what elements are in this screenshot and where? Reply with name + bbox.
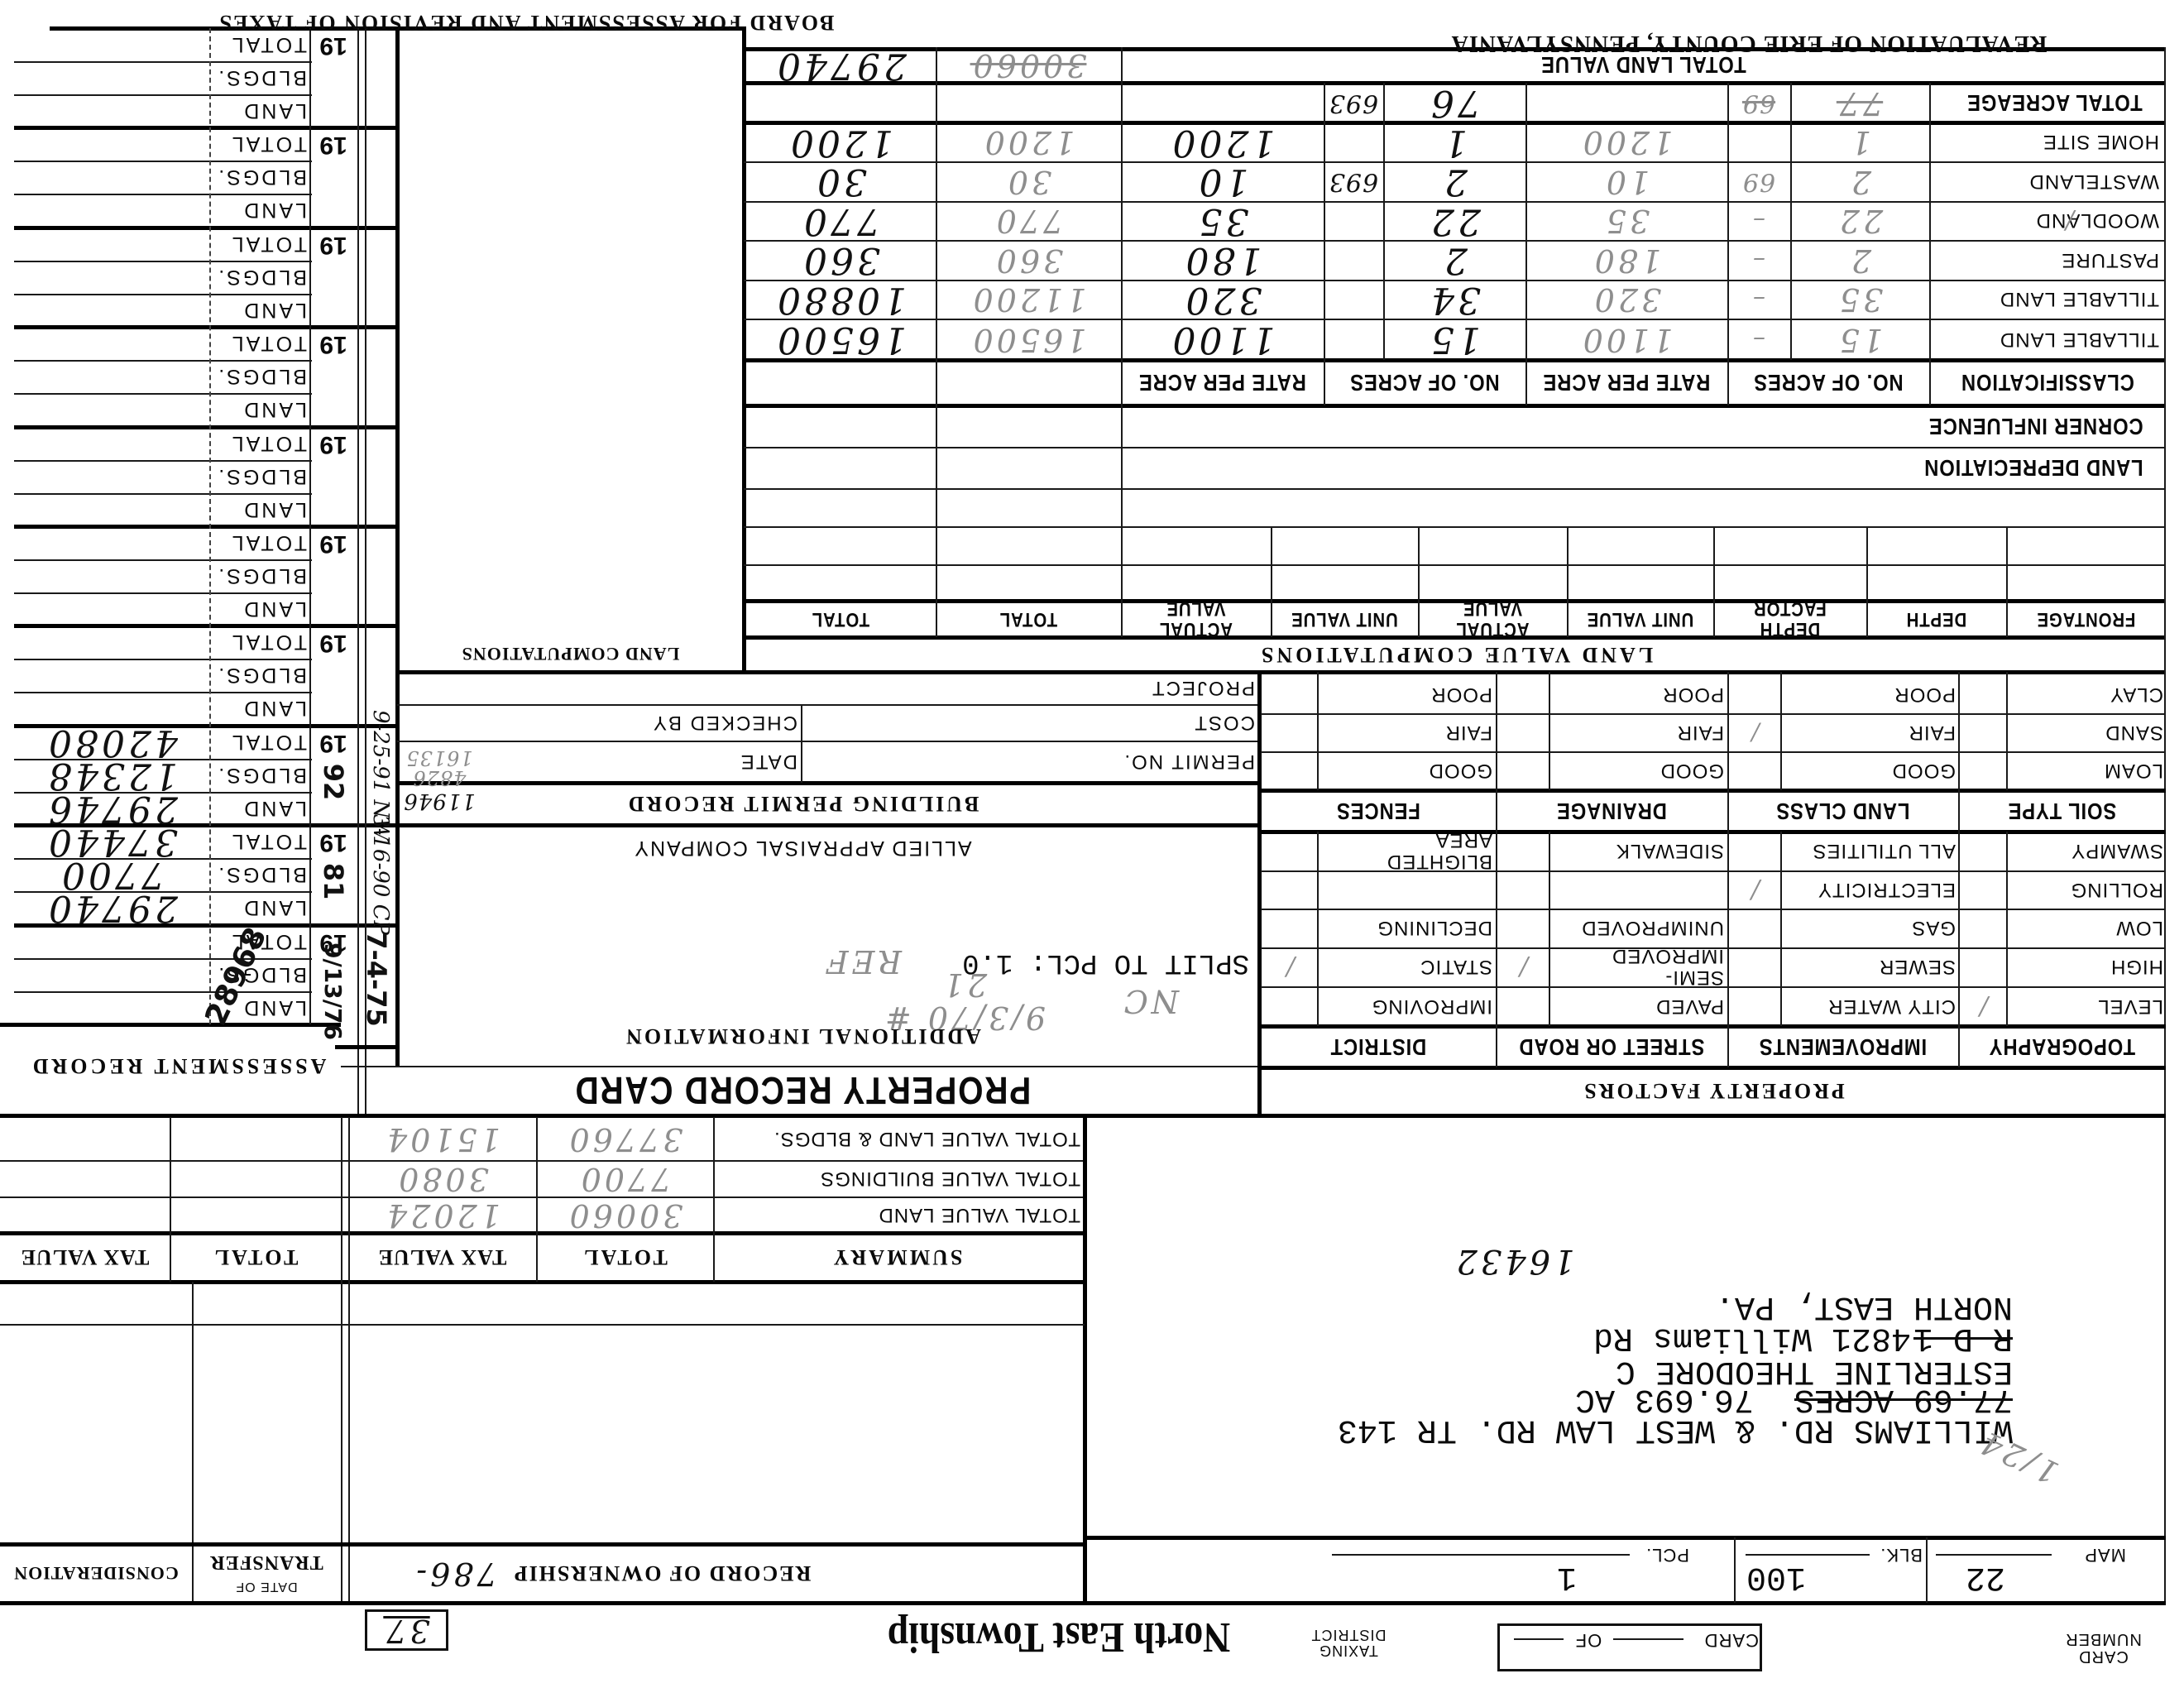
assessment-total-label: TOTAL (209, 28, 307, 61)
revision-date-note: 9-25-91 NW (366, 722, 395, 829)
prior-acres-fraction: – (1727, 201, 1790, 240)
assessment-bldgs-value: 12348 (14, 759, 209, 792)
ownership-note: 786- (414, 1544, 496, 1603)
land-value-computations-title: LAND VALUE COMPUTATIONS (745, 637, 2166, 672)
assessment-bldgs-label: BLDGS. (209, 161, 307, 194)
street-sidewalk: SIDEWALK (1550, 832, 1724, 870)
land-class-poor: POOR (1782, 676, 1956, 713)
handwritten-initials: NC (1100, 981, 1200, 1019)
fences-poor: POOR (1319, 676, 1492, 713)
improvement-gas: GAS (1782, 909, 1956, 947)
total-land-value-prior: 30060 (936, 47, 1121, 83)
prior-total: 1200 (936, 122, 1121, 161)
total: 770 (745, 201, 936, 240)
street-unimproved: UNIMPROVED (1550, 909, 1724, 947)
check-mark-fair: / (1727, 713, 1780, 751)
assessment-record-title: ASSESSMENT RECORD (17, 1049, 339, 1082)
card-number-label: CARD NUMBER (2052, 1623, 2155, 1671)
card-title: PROPERTY RECORD CARD (543, 1069, 1063, 1112)
street-semi-improved: SEMI- IMPROVED (1550, 947, 1724, 986)
prior-total: 11200 (936, 280, 1121, 319)
summary-header-tax-value: TAX VALUE (0, 1233, 170, 1282)
assessment-land-label: LAND (209, 94, 307, 127)
permit-number-note: 4826 (402, 766, 477, 788)
prior-acres: 77 (1790, 83, 1929, 122)
prior-rate: 1200 (1525, 122, 1727, 161)
lvc-header-actual-value: ACTUAL VALUE (1133, 601, 1260, 637)
summary-title: SUMMARY (713, 1233, 1080, 1282)
prior-rate: 180 (1525, 240, 1727, 280)
assessment-land-label: LAND (209, 592, 307, 626)
total-land-value: 29740 (745, 47, 936, 83)
lvc-header-unit-value: UNIT VALUE (1578, 601, 1702, 637)
divider (1713, 526, 1715, 637)
prior-acres-fraction: – (1727, 319, 1790, 360)
divider (0, 1324, 1085, 1326)
divider (309, 28, 311, 1024)
prior-rate: 10 (1525, 161, 1727, 201)
total: 10880 (745, 280, 936, 319)
lvc-header-depth: DEPTH (1877, 601, 1996, 637)
classification-label: HOME SITE (1936, 122, 2159, 161)
summary-label-land: TOTAL VALUE LAND (716, 1196, 1080, 1233)
prior-total: 360 (936, 240, 1121, 280)
total: 1200 (745, 122, 936, 161)
year-stamp: 92 (317, 753, 350, 811)
building-permit-title: BUILDING PERMIT RECORD (463, 783, 1142, 825)
land-computations-title: LAND COMPUTATIONS (397, 637, 744, 670)
cost-label: COST (804, 704, 1255, 741)
street-blank (1550, 870, 1724, 909)
divider (395, 26, 400, 1067)
year-stamp: 81 (317, 852, 350, 910)
drainage-fair: FAIR (1550, 713, 1724, 751)
district-blighted-area: BLIGHTED AREA (1319, 832, 1492, 870)
revision-date-note: 7-4-75 (362, 929, 391, 1029)
total: 16500 (745, 319, 936, 360)
assessment-total-label: TOTAL (209, 726, 307, 759)
checked-by-label: CHECKED BY (397, 704, 797, 741)
summary-tax-buildings: 3080 (348, 1160, 536, 1196)
divider (1085, 1536, 2166, 1540)
divider (335, 1045, 397, 1049)
assessment-land-label: LAND (209, 493, 307, 526)
total: 360 (745, 240, 936, 280)
summary-tax-land: 12024 (348, 1196, 536, 1233)
assessment-bldgs-label: BLDGS. (209, 559, 307, 592)
appraisal-company: ALLIED APPRAISAL COMPANY (463, 832, 1142, 865)
summary-label-land-bldgs: TOTAL VALUE LAND & BLDGS. (716, 1117, 1080, 1160)
assessment-bldgs-label: BLDGS. (209, 659, 307, 692)
property-record-card: BOARD FOR ASSESSMENT AND REVISION OF TAX… (0, 0, 2184, 1688)
prior-total: 770 (936, 201, 1121, 240)
land-class-good: GOOD (1782, 751, 1956, 790)
divider (1271, 526, 1272, 637)
header-street-or-road: STREET OR ROAD (1513, 1026, 1710, 1067)
soil-type-clay: CLAY (2008, 676, 2163, 713)
drainage-good: GOOD (1550, 751, 1724, 790)
assessment-land-value: 29746 (14, 792, 209, 825)
year-prefix: 19 (313, 129, 354, 161)
permit-number-note: 11946 (402, 788, 477, 813)
prior-acres: 1 (1790, 122, 1929, 161)
acres-fraction: 693 (1324, 83, 1383, 122)
blk-value: 100 (1735, 1556, 1818, 1597)
assessment-total-label: TOTAL (209, 228, 307, 261)
header-district: DISTRICT (1278, 1026, 1478, 1067)
prior-acres: 2 (1790, 240, 1929, 280)
project-label: PROJECT (804, 672, 1255, 704)
header-soil-type: SOIL TYPE (1974, 790, 2150, 832)
date-of-label: DATE OF (192, 1575, 341, 1597)
map-value: 22 (1936, 1556, 2035, 1597)
of-write-line (1514, 1638, 1564, 1640)
divider (2006, 526, 2008, 637)
lvc-header-frontage: FRONTAGE (2018, 601, 2153, 637)
of-label: OF (1568, 1625, 1609, 1655)
assessment-land-label: LAND (209, 792, 307, 825)
acres: 2 (1383, 161, 1525, 201)
prior-rate: 35 (1525, 201, 1727, 240)
divider (1083, 1115, 1087, 1604)
check-mark-electricity: / (1727, 870, 1780, 909)
card-label: CARD (1688, 1625, 1759, 1655)
topography-high: HIGH (2008, 947, 2163, 986)
acres: 1 (1383, 122, 1525, 161)
header-prior-acres: NO. OF ACRES (1742, 360, 1913, 405)
assessment-bldgs-label: BLDGS. (209, 460, 307, 493)
year-prefix: 19 (313, 30, 354, 61)
prior-rate: 1100 (1525, 319, 1727, 360)
district-improving: IMPROVING (1319, 986, 1492, 1026)
district-declining: DECLINING (1319, 909, 1492, 947)
divider (744, 526, 2166, 528)
header-rate: RATE PER ACRE (1136, 360, 1308, 405)
transfer-label: TRANSFER (192, 1547, 341, 1575)
year-stamp: 9/13/76 (318, 942, 348, 1041)
assessment-land-value: 29740 (14, 891, 209, 924)
assessment-bldgs-label: BLDGS. (209, 360, 307, 393)
divider (1324, 83, 1325, 405)
acres: 76 (1383, 83, 1525, 122)
township-name: North East Township (884, 1612, 1233, 1662)
prior-total: 30 (936, 161, 1121, 201)
divider (1567, 526, 1569, 637)
divider (1085, 1601, 2166, 1605)
header-topography: TOPOGRAPHY (1974, 1026, 2150, 1067)
taxing-district-label: TAXING DISTRICT (1291, 1623, 1406, 1662)
divider (1866, 526, 1868, 637)
assessment-land-label: LAND (209, 692, 307, 725)
divider (2164, 47, 2166, 1603)
property-location: WILLIAMS RD. & WEST LAW RD. TR 143 (1109, 1412, 2013, 1446)
assessment-bldgs-label: BLDGS. (209, 61, 307, 94)
assessment-total-label: TOTAL (209, 825, 307, 858)
rate: 10 (1121, 161, 1324, 201)
year-prefix: 19 (313, 528, 354, 559)
rate: 1100 (1121, 319, 1324, 360)
prior-acres-fraction: 69 (1727, 83, 1790, 122)
permit-no-label: PERMIT NO. (804, 741, 1255, 783)
soil-type-loam: LOAM (2008, 751, 2163, 790)
prior-total: 16500 (936, 319, 1121, 360)
consideration-label: CONSIDERATION (0, 1544, 192, 1603)
assessment-total-value: 37440 (14, 825, 209, 858)
summary-total-land: 30060 (536, 1196, 713, 1233)
assessment-total-label: TOTAL (209, 526, 307, 559)
card-write-line (1613, 1638, 1683, 1640)
divider (341, 1066, 1261, 1067)
header-improvements: IMPROVEMENTS (1745, 1026, 1941, 1067)
fences-fair: FAIR (1319, 713, 1492, 751)
lvc-header-unit-value: UNIT VALUE (1281, 601, 1406, 637)
header-drainage: DRAINAGE (1513, 790, 1710, 832)
header-acres: NO. OF ACRES (1339, 360, 1510, 405)
land-depreciation-label: LAND DEPRECIATION (1914, 447, 2143, 488)
lvc-header-total: TOTAL (759, 601, 922, 637)
year-prefix: 19 (313, 328, 354, 360)
divider (1257, 672, 1262, 1117)
summary-header-total: TOTAL (536, 1233, 713, 1282)
handwritten-number: 16432 (1439, 1240, 1588, 1283)
acres: 2 (1383, 240, 1525, 280)
topography-swampy: SWAMPY (2008, 832, 2163, 870)
summary-total-land-bldgs: 37760 (536, 1117, 713, 1160)
topography-level: LEVEL (2008, 986, 2163, 1026)
classification-label: TILLABLE LAND (1936, 319, 2159, 360)
handwritten-date: 9/3/70 # 21 (852, 981, 1075, 1019)
check-mark-level: / (1958, 986, 2006, 1026)
prior-acres-fraction: – (1727, 240, 1790, 280)
header-land-class: LAND CLASS (1745, 790, 1941, 832)
prior-acres: 22 (1790, 201, 1929, 240)
summary-total-buildings: 7700 (536, 1160, 713, 1196)
permit-number-note: 16135 (402, 746, 477, 768)
classification-label: TILLABLE LAND (1936, 280, 2159, 319)
assessment-total-label: TOTAL (209, 427, 307, 460)
prior-acres: 15 (1790, 319, 1929, 360)
prior-acres: 2 (1790, 161, 1929, 201)
header-prior-rate: RATE PER ACRE (1540, 360, 1712, 405)
prior-rate: 320 (1525, 280, 1727, 319)
assessment-total-label: TOTAL (209, 127, 307, 161)
assessment-bldgs-label: BLDGS. (209, 858, 307, 891)
additional-info-title: ADDITIONAL INFORMATION (463, 1019, 1142, 1053)
divider (1929, 83, 1931, 405)
assessment-bldgs-label: BLDGS. (209, 759, 307, 792)
topography-rolling: ROLLING (2008, 870, 2163, 909)
prior-acres-fraction: – (1727, 280, 1790, 319)
rate: 1200 (1121, 122, 1324, 161)
assessment-total-value: 42080 (14, 726, 209, 759)
assessment-bldgs-label: BLDGS. (209, 261, 307, 294)
summary-header-tax-value: TAX VALUE (348, 1233, 536, 1282)
classification-label: WASTELAND (1936, 161, 2159, 201)
improvement-electricity: ELECTRICITY (1782, 870, 1956, 909)
pcl-value: 1 (1546, 1556, 1588, 1597)
topography-low: LOW (2008, 909, 2163, 947)
total: 30 (745, 161, 936, 201)
box-number: 37 (367, 1612, 446, 1648)
divider (744, 564, 2166, 566)
rate: 35 (1121, 201, 1324, 240)
year-prefix: 19 (313, 627, 354, 659)
rate: 180 (1121, 240, 1324, 280)
assessment-land-label: LAND (209, 294, 307, 327)
acres: 15 (1383, 319, 1525, 360)
total-land-value-label: TOTAL LAND VALUE (1200, 47, 2088, 83)
acres: 34 (1383, 280, 1525, 319)
owner-city: NORTH EAST, PA. (1109, 1289, 2013, 1322)
year-prefix: 19 (313, 229, 354, 261)
check-mark-semi-improved: / (1496, 947, 1549, 986)
summary-header-total: TOTAL (170, 1233, 341, 1282)
tick-mark: / (2043, 201, 2093, 240)
header-fences: FENCES (1278, 790, 1478, 832)
lvc-header-depth-factor: DEPTH FACTOR (1725, 601, 1855, 637)
assessment-bldgs-value: 7700 (14, 858, 209, 891)
drainage-poor: POOR (1550, 676, 1724, 713)
summary-label-buildings: TOTAL VALUE BUILDINGS (716, 1160, 1080, 1196)
acres: 22 (1383, 201, 1525, 240)
district-blank (1319, 870, 1492, 909)
classification-label: TOTAL ACREAGE (1952, 83, 2143, 122)
divider (357, 28, 359, 1117)
summary-tax-land-bldgs: 15104 (348, 1117, 536, 1160)
assessment-land-label: LAND (209, 393, 307, 426)
divider (744, 488, 2166, 490)
street-paved: PAVED (1550, 986, 1724, 1026)
property-factors-title: PROPERTY FACTORS (1261, 1067, 2166, 1114)
divider (341, 1117, 342, 1603)
district-static: STATIC (1319, 947, 1492, 986)
acres-new: 76.693 AC (1506, 1382, 1754, 1415)
corner-influence-label: CORNER INFLUENCE (1914, 405, 2143, 447)
mailing-address-old: R D 1 (1919, 1321, 2013, 1354)
record-of-ownership-title: RECORD OF OWNERSHIP (496, 1544, 827, 1603)
header-classification: CLASSIFICATION (1947, 360, 2148, 405)
prior-acres: 35 (1790, 280, 1929, 319)
improvement-sewer: SEWER (1782, 947, 1956, 986)
divider (1496, 672, 1497, 1067)
acres-fraction: 693 (1324, 161, 1383, 201)
improvement-city-water: CITY WATER (1782, 986, 1956, 1026)
fences-good: GOOD (1319, 751, 1492, 790)
divider (801, 704, 802, 783)
handwritten-signature: 1/24 (1922, 1388, 2115, 1524)
mailing-address: 4821 Williams Rd (1514, 1321, 1911, 1354)
revision-date-note: 3-16-90 CP (366, 821, 395, 928)
assessment-total-label: TOTAL (209, 327, 307, 360)
assessment-total-label: TOTAL (209, 626, 307, 659)
assessment-land-label: LAND (209, 194, 307, 227)
year-prefix: 19 (313, 429, 354, 460)
divider (1418, 526, 1420, 637)
prior-acres-fraction: 69 (1727, 161, 1790, 201)
check-mark-static: / (1261, 947, 1317, 986)
improvement-all-utilities: ALL UTILITIES (1782, 832, 1956, 870)
land-class-fair: FAIR (1782, 713, 1956, 751)
classification-label: PASTURE (1936, 240, 2159, 280)
lvc-header-total: TOTAL (950, 601, 1107, 637)
soil-type-sand: SAND (2008, 713, 2163, 751)
rate: 320 (1121, 280, 1324, 319)
lvc-header-actual-value: ACTUAL VALUE (1430, 601, 1556, 637)
